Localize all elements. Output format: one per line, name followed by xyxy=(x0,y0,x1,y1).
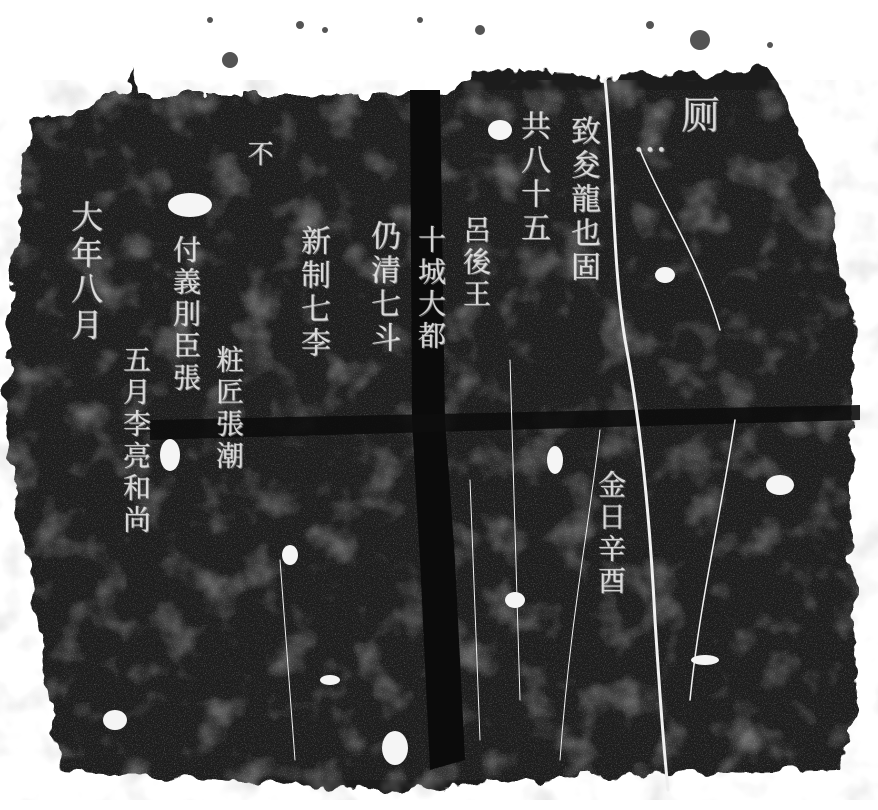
inscription-column: 十城大都 xyxy=(410,225,450,353)
inscription-column: 金日辛酉 xyxy=(590,470,630,598)
inscription-column: 共八十五 xyxy=(510,110,554,246)
inscription-column: 粧匠張潮 xyxy=(208,345,248,473)
inscription-column: 大年八月 xyxy=(62,200,108,344)
inscription-column: 付義刖臣張 xyxy=(165,235,205,395)
inscription-column: 致夋龍也固 xyxy=(560,115,604,285)
inscription-column: 新制七李 xyxy=(290,225,334,361)
inscription-column: 不 xyxy=(240,140,277,170)
inscription-column: 五月李亮和尚 xyxy=(115,345,155,537)
inscription-column: … xyxy=(630,120,670,164)
inscription-column: 仍清七斗 xyxy=(360,220,404,356)
inscription-column: 厕 xyxy=(670,95,725,137)
inscription-column: 呂後王 xyxy=(455,215,495,311)
